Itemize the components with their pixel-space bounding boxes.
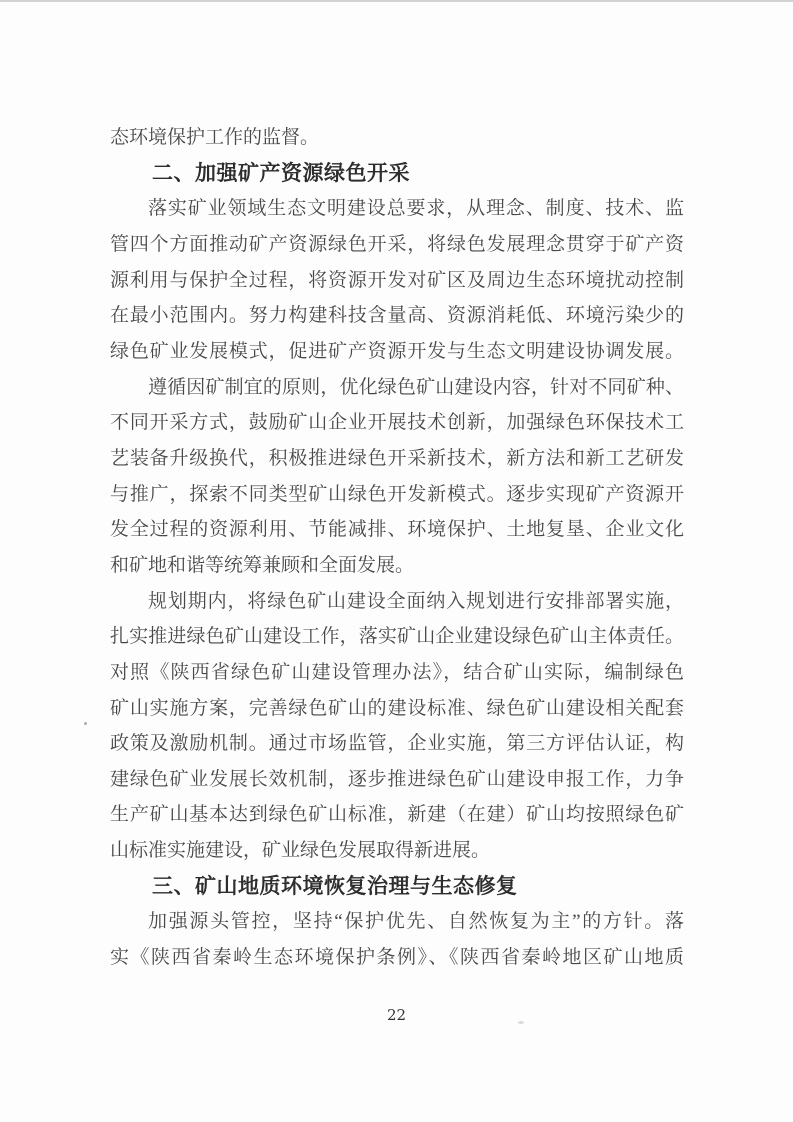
text-line: 不同开采方式，鼓励矿山企业开展技术创新，加强绿色环保技术工 (110, 405, 684, 441)
scan-top-edge-line (0, 0, 793, 2)
text-line: 源利用与保护全过程，将资源开发对矿区及周边生态环境扰动控制 (110, 263, 684, 299)
text-line: 生产矿山基本达到绿色矿山标准，新建（在建）矿山均按照绿色矿 (110, 797, 684, 833)
text-line: 艺装备升级换代，积极推进绿色开采新技术，新方法和新工艺研发 (110, 441, 684, 477)
text-line: 在最小范围内。努力构建科技含量高、资源消耗低、环境污染少的 (110, 298, 684, 334)
text-line: 态环境保护工作的监督。 (110, 120, 684, 156)
text-line: 遵循因矿制宜的原则，优化绿色矿山建设内容，针对不同矿种、 (110, 370, 684, 406)
text-line: 加强源头管控，坚持“保护优先、自然恢复为主”的方针。落 (110, 904, 684, 940)
text-line: 与推广，探索不同类型矿山绿色开发新模式。逐步实现矿产资源开 (110, 477, 684, 513)
text-line: 山标准实施建设，矿业绿色发展取得新进展。 (110, 833, 684, 869)
text-line: 和矿地和谐等统筹兼顾和全面发展。 (110, 548, 684, 584)
scan-speck (84, 722, 87, 725)
text-line: 扎实推进绿色矿山建设工作，落实矿山企业建设绿色矿山主体责任。 (110, 619, 684, 655)
text-line: 绿色矿业发展模式，促进矿产资源开发与生态文明建设协调发展。 (110, 334, 684, 370)
text-line: 建绿色矿业发展长效机制，逐步推进绿色矿山建设申报工作，力争 (110, 762, 684, 798)
text-line: 实《陕西省秦岭生态环境保护条例》、《陕西省秦岭地区矿山地质 (110, 940, 684, 976)
text-line: 政策及激励机制。通过市场监管，企业实施，第三方评估认证，构 (110, 726, 684, 762)
page-body: 态环境保护工作的监督。二、加强矿产资源绿色开采落实矿业领域生态文明建设总要求，从… (110, 120, 684, 976)
text-line: 对照《陕西省绿色矿山建设管理办法》，结合矿山实际，编制绿色 (110, 655, 684, 691)
text-line: 管四个方面推动矿产资源绿色开采，将绿色发展理念贯穿于矿产资 (110, 227, 684, 263)
text-line: 落实矿业领域生态文明建设总要求，从理念、制度、技术、监 (110, 191, 684, 227)
text-line: 发全过程的资源利用、节能减排、环境保护、土地复垦、企业文化 (110, 512, 684, 548)
text-line: 矿山实施方案，完善绿色矿山的建设标准、绿色矿山建设相关配套 (110, 691, 684, 727)
section-heading: 三、矿山地质环境恢复治理与生态修复 (110, 869, 684, 905)
document-page: 态环境保护工作的监督。二、加强矿产资源绿色开采落实矿业领域生态文明建设总要求，从… (0, 0, 793, 1122)
section-heading: 二、加强矿产资源绿色开采 (110, 156, 684, 192)
text-line: 规划期内，将绿色矿山建设全面纳入规划进行安排部署实施， (110, 584, 684, 620)
page-number: 22 (0, 1004, 793, 1026)
